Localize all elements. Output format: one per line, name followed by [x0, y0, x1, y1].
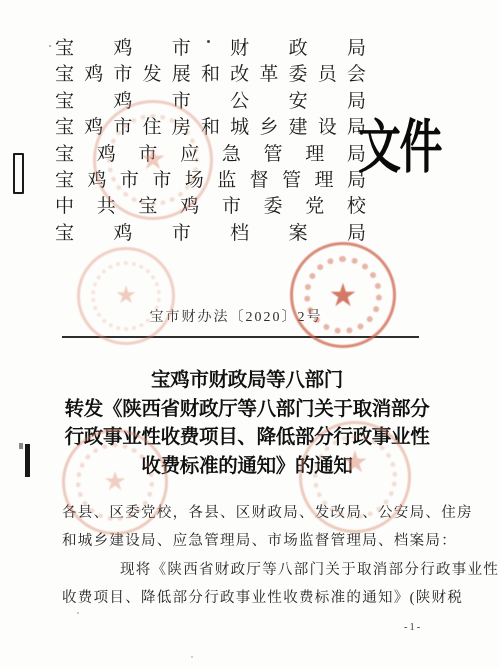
red-seal: ★ — [290, 242, 396, 348]
scanned-document-page: 宝鸡市财政局 宝鸡市发展和改革委员会 宝鸡市公安局 宝鸡市住房和城乡建设局 宝鸡… — [0, 0, 500, 667]
red-seal: ★ — [77, 247, 175, 345]
issuing-agency-list: 宝鸡市财政局 宝鸡市发展和改革委员会 宝鸡市公安局 宝鸡市住房和城乡建设局 宝鸡… — [55, 36, 366, 247]
scan-artifact — [191, 656, 193, 658]
agency-name-row: 宝鸡市财政局 — [55, 36, 366, 62]
title-line: 收费标准的通知》的通知 — [0, 453, 494, 482]
agency-name-row: 中共宝鸡市委党校 — [55, 194, 366, 220]
page-number: -1- — [404, 622, 422, 633]
agency-name-row: 宝鸡市发展和改革委员会 — [55, 62, 366, 88]
title-line: 行政事业性收费项目、降低部分行政事业性 — [0, 424, 494, 453]
doc-number: 宝市财办法〔2020〕2号 — [0, 306, 486, 326]
title-line: 转发《陕西省财政厅等八部门关于取消部分 — [0, 396, 494, 425]
agency-name-row: 宝鸡市公安局 — [55, 89, 366, 115]
scan-artifact — [77, 612, 79, 614]
doc-type-label: 文件 — [358, 100, 441, 184]
title-line: 宝鸡市财政局等八部门 — [0, 367, 494, 396]
document-title: 宝鸡市财政局等八部门 转发《陕西省财政厅等八部门关于取消部分 行政事业性收费项目… — [0, 367, 494, 481]
body-line: 现将《陕西省财政厅等八部门关于取消部分行政事业性 — [120, 556, 464, 584]
seal-star-icon: ★ — [115, 284, 137, 308]
agency-name-row: 宝鸡市应急管理局 — [55, 142, 366, 168]
document-body: 各县、区委党校，各县、区财政局、发改局、公安局、住房 和城乡建设局、应急管理局、… — [62, 499, 464, 612]
binding-mark — [13, 153, 24, 194]
agency-name-row: 宝鸡市档案局 — [55, 221, 366, 247]
body-line: 收费项目、降低部分行政事业性收费标准的通知》(陕财税 — [62, 584, 464, 612]
scan-artifact — [49, 45, 51, 47]
header-rule — [62, 336, 419, 338]
agency-name-row: 宝鸡市住房和城乡建设局 — [55, 115, 366, 141]
body-line: 各县、区委党校，各县、区财政局、发改局、公安局、住房 — [62, 499, 464, 527]
body-line: 和城乡建设局、应急管理局、市场监督管理局、档案局： — [62, 527, 464, 555]
agency-name-row: 宝鸡市市场监督管理局 — [55, 168, 366, 194]
